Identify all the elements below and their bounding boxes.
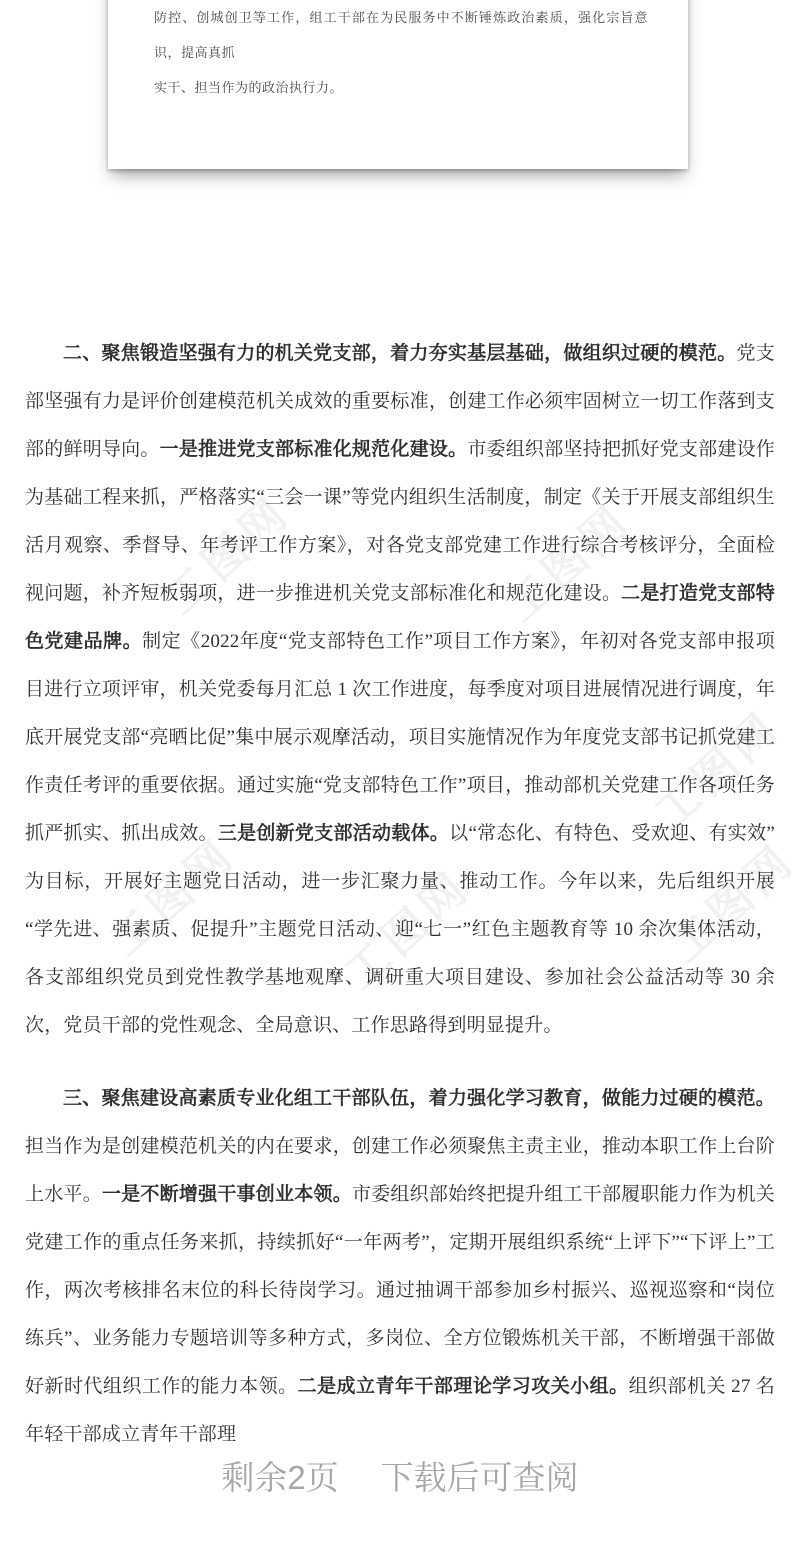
download-hint-label: 下载后可查阅	[381, 1459, 579, 1496]
text-run: 以“常态化、有特色、受欢迎、有实效”为目标，开展好主题党日活动，进一步汇聚力量、…	[25, 823, 775, 1036]
remaining-pages-label: 剩余2页	[221, 1459, 338, 1496]
text-run: 市委组织部始终把提升组工干部履职能力作为机关党建工作的重点任务来抓，持续抓好“一…	[25, 1184, 775, 1397]
paragraph-section-2: 二、聚焦锻造坚强有力的机关党支部，着力夯实基层基础，做组织过硬的模范。党支部坚强…	[25, 330, 775, 1050]
document-page-card: 防控、创城创卫等工作，组工干部在为民服务中不断锤炼政治素质，强化宗旨意识，提高真…	[108, 0, 688, 169]
bold-run: 三是创新党支部活动载体。	[218, 823, 449, 844]
paragraph-section-3: 三、聚焦建设高素质专业化组工干部队伍，着力强化学习教育，做能力过硬的模范。担当作…	[25, 1075, 775, 1459]
text-run: 市委组织部坚持把抓好党支部建设作为基础工程来抓，严格落实“三会一课”等党内组织生…	[25, 439, 775, 604]
page-card-text: 防控、创城创卫等工作，组工干部在为民服务中不断锤炼政治素质，强化宗旨意识，提高真…	[154, 0, 648, 105]
bold-run: 一是不断增强干事创业本领。	[102, 1184, 352, 1205]
text-run: 制定《2022年度“党支部特色工作”项目工作方案》，年初对各党支部申报项目进行立…	[25, 631, 775, 844]
document-body: 二、聚焦锻造坚强有力的机关党支部，着力夯实基层基础，做组织过硬的模范。党支部坚强…	[25, 330, 775, 1459]
page-card-line: 防控、创城创卫等工作，组工干部在为民服务中不断锤炼政治素质，强化宗旨意识，提高真…	[154, 0, 648, 70]
bold-run: 二是成立青年干部理论学习攻关小组。	[298, 1376, 629, 1397]
document-preview-page: { "page": { "background_color": "#ffffff…	[0, 0, 800, 1560]
page-card-line: 实干、担当作为的政治执行力。	[154, 70, 648, 105]
bold-run: 一是推进党支部标准化规范化建设。	[160, 439, 468, 460]
bold-run: 三、聚焦建设高素质专业化组工干部队伍，着力强化学习教育，做能力过硬的模范。	[63, 1088, 775, 1109]
remaining-pages-bar: 剩余2页下载后可查阅	[0, 1452, 800, 1499]
bold-run: 二、聚焦锻造坚强有力的机关党支部，着力夯实基层基础，做组织过硬的模范。	[63, 343, 737, 364]
